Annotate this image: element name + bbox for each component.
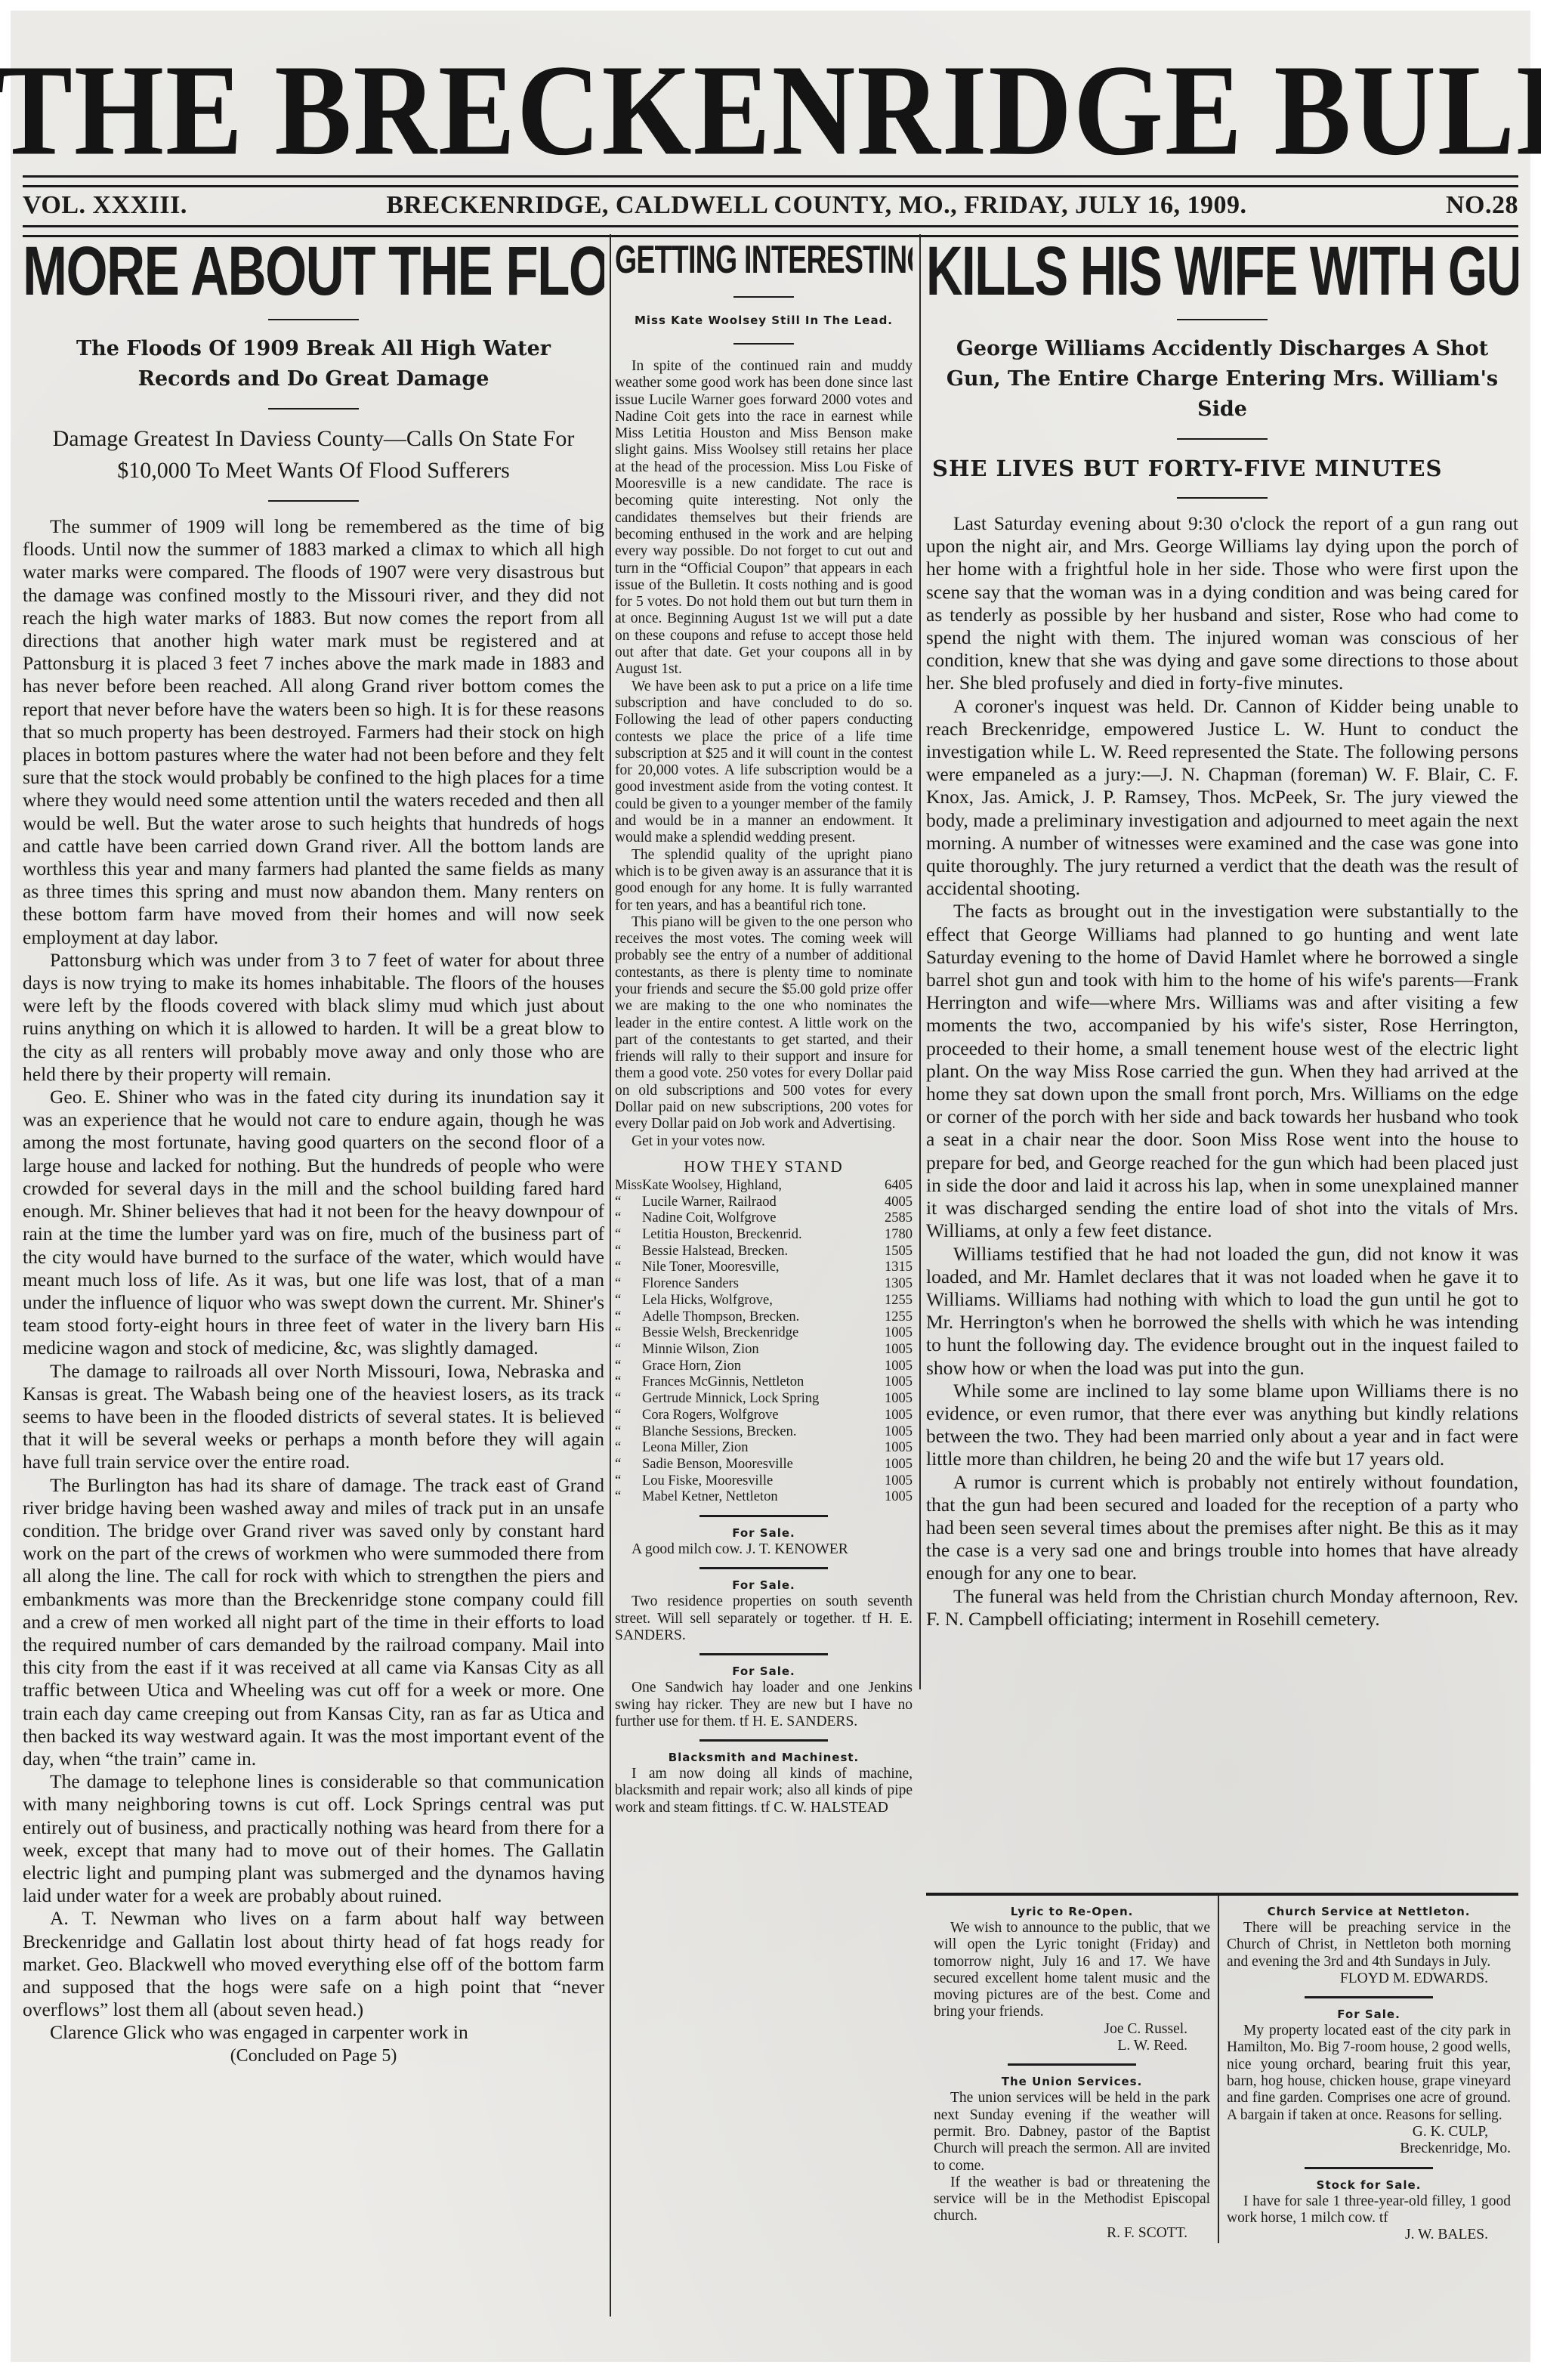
signature: H. E. SANDERS. (615, 1611, 913, 1643)
standings-prefix: Miss (615, 1178, 642, 1195)
divider (268, 319, 359, 320)
paragraph: The Burlington has had its share of dama… (23, 1474, 604, 1771)
deck-floods-primary: The Floods Of 1909 Break All High Water … (29, 334, 598, 394)
paragraph: This piano will be given to the one pers… (615, 914, 913, 1133)
divider (733, 296, 794, 298)
standings-row: “Letitia Houston, Breckenrid.1780 (615, 1227, 913, 1244)
contestant-name: Letitia Houston, Breckenrid. (642, 1227, 875, 1244)
deck-floods-secondary: Damage Greatest In Daviess County—Calls … (29, 423, 598, 487)
standings-prefix: “ (615, 1473, 642, 1490)
headline-contest: GETTING INTERESTING (615, 237, 829, 283)
standings-row: “Florence Sanders1305 (615, 1276, 913, 1293)
contestant-name: Minnie Wilson, Zion (642, 1342, 875, 1358)
issue-number: NO.28 (1446, 191, 1518, 220)
ad-title: For Sale. (615, 1664, 913, 1678)
divider (1305, 2167, 1433, 2169)
standings-prefix: “ (615, 1227, 642, 1244)
signature: G. K. CULP, (1227, 2124, 1511, 2140)
notice-title-property: For Sale. (1227, 2008, 1511, 2021)
standings-row: “Frances McGinnis, Nettleton1005 (615, 1374, 913, 1391)
notice-property-sale: My property located east of the city par… (1227, 2023, 1511, 2157)
vote-count: 1505 (875, 1244, 913, 1260)
standings-row: “Lucile Warner, Railraod4005 (615, 1195, 913, 1211)
classified-ad: For Sale.Two residence properties on sou… (615, 1567, 913, 1644)
dateline: BRECKENRIDGE, CALDWELL COUNTY, MO., FRID… (386, 191, 1246, 220)
standings-row: “Gertrude Minnick, Lock Spring1005 (615, 1391, 913, 1408)
vote-count: 1005 (875, 1440, 913, 1457)
vote-count: 1005 (875, 1489, 913, 1506)
paragraph: The facts as brought out in the investig… (926, 900, 1518, 1242)
contestant-name: Adelle Thompson, Brecken. (642, 1309, 875, 1326)
divider (699, 1653, 828, 1655)
vote-count: 1005 (875, 1408, 913, 1424)
notice-title-church: Church Service at Nettleton. (1227, 1905, 1511, 1918)
contestant-name: Nadine Coit, Wolfgrove (642, 1210, 875, 1227)
notice-body: I have for sale 1 three-year-old filley,… (1227, 2193, 1511, 2227)
notice-body: The union services will be held in the p… (934, 2090, 1210, 2174)
notice-body: My property located east of the city par… (1227, 2023, 1511, 2124)
standings-row: “Bessie Halstead, Brecken.1505 (615, 1244, 913, 1260)
standings-row: “Nile Toner, Mooresville,1315 (615, 1260, 913, 1276)
vote-count: 1005 (875, 1325, 913, 1342)
divider (699, 1515, 828, 1517)
paragraph: Get in your votes now. (615, 1133, 913, 1150)
standings-row: “Cora Rogers, Wolfgrove1005 (615, 1408, 913, 1424)
standings-row: “Grace Horn, Zion1005 (615, 1358, 913, 1375)
standings-row: MissKate Woolsey, Highland,6405 (615, 1178, 913, 1195)
paragraph: Last Saturday evening about 9:30 o'clock… (926, 512, 1518, 695)
standings-title: HOW THEY STAND (615, 1158, 913, 1176)
paragraph: The funeral was held from the Christian … (926, 1585, 1518, 1630)
standings-prefix: “ (615, 1325, 642, 1342)
standings-row: “Sadie Benson, Mooresville1005 (615, 1457, 913, 1473)
ad-body: Two residence properties on south sevent… (615, 1593, 913, 1644)
contestant-name: Grace Horn, Zion (642, 1358, 875, 1375)
signature: Joe C. Russel. (934, 2021, 1210, 2038)
paragraph: While some are inclined to lay some blam… (926, 1380, 1518, 1471)
notice-lyric: We wish to announce to the public, that … (934, 1920, 1210, 2054)
contestant-name: Bessie Welsh, Breckenridge (642, 1325, 875, 1342)
contestant-name: Mabel Ketner, Nettleton (642, 1489, 875, 1506)
notice-title-union: The Union Services. (934, 2075, 1210, 2088)
notice-union: The union services will be held in the p… (934, 2090, 1210, 2242)
contestant-name: Leona Miller, Zion (642, 1440, 875, 1457)
vote-count: 1005 (875, 1391, 913, 1408)
signature: J. W. BALES. (1227, 2227, 1511, 2243)
contestant-name: Lou Fiske, Mooresville (642, 1473, 875, 1490)
divider (1177, 438, 1268, 440)
standings-prefix: “ (615, 1489, 642, 1506)
vote-count: 1005 (875, 1342, 913, 1358)
deck-contest: Miss Kate Woolsey Still In The Lead. (621, 311, 906, 329)
ad-title: Blacksmith and Machinest. (615, 1751, 913, 1764)
divider (1177, 319, 1268, 320)
standings-prefix: “ (615, 1244, 642, 1260)
article-floods: MORE ABOUT THE FLOODS The Floods Of 1909… (23, 234, 604, 2339)
contestant-name: Nile Toner, Mooresville, (642, 1260, 875, 1276)
notice-title-stock: Stock for Sale. (1227, 2178, 1511, 2192)
notice-body: If the weather is bad or threatening the… (934, 2174, 1210, 2225)
article-body: In spite of the continued rain and muddy… (615, 358, 913, 1150)
contestant-name: Frances McGinnis, Nettleton (642, 1374, 875, 1391)
notice-column: Church Service at Nettleton. There will … (1219, 1896, 1518, 2243)
headline-shooting: KILLS HIS WIFE WITH GUN (926, 237, 1358, 305)
paragraph: We have been ask to put a price on a lif… (615, 678, 913, 847)
standings-prefix: “ (615, 1293, 642, 1309)
paragraph: Clarence Glick who was engaged in carpen… (23, 2021, 604, 2044)
standings-prefix: “ (615, 1309, 642, 1326)
bottom-notices: Lyric to Re-Open. We wish to announce to… (926, 1893, 1518, 2243)
volume-number: VOL. XXXIII. (23, 191, 187, 220)
ad-title: For Sale. (615, 1578, 913, 1592)
standings-prefix: “ (615, 1342, 642, 1358)
contestant-name: Lucile Warner, Railraod (642, 1195, 875, 1211)
paragraph: A rumor is current which is probably not… (926, 1471, 1518, 1585)
signature: R. F. SCOTT. (934, 2225, 1210, 2242)
standings-table: MissKate Woolsey, Highland,6405“Lucile W… (615, 1178, 913, 1506)
newspaper-page: THE BRECKENRIDGE BULLETIN. VOL. XXXIII. … (11, 11, 1530, 2362)
contestant-name: Blanche Sessions, Brecken. (642, 1424, 875, 1441)
divider (733, 343, 794, 345)
standings-row: “Leona Miller, Zion1005 (615, 1440, 913, 1457)
signature: H. E. SANDERS. (752, 1714, 857, 1729)
paragraph: A coroner's inquest was held. Dr. Cannon… (926, 695, 1518, 901)
classified-ad: For Sale.One Sandwich hay loader and one… (615, 1653, 913, 1730)
article-body: Last Saturday evening about 9:30 o'clock… (926, 512, 1518, 1630)
standings-prefix: “ (615, 1440, 642, 1457)
masthead-rule-top (23, 175, 1518, 187)
vote-count: 1005 (875, 1358, 913, 1375)
standings-prefix: “ (615, 1210, 642, 1227)
divider (268, 408, 359, 410)
article-shooting: KILLS HIS WIFE WITH GUN George Williams … (926, 234, 1518, 2339)
paragraph: In spite of the continued rain and muddy… (615, 358, 913, 678)
contestant-name: Lela Hicks, Wolfgrove, (642, 1293, 875, 1309)
standings-row: “Nadine Coit, Wolfgrove2585 (615, 1210, 913, 1227)
vote-count: 1255 (875, 1293, 913, 1309)
column-divider (919, 234, 921, 1689)
classified-ad: Blacksmith and Machinest.I am now doing … (615, 1739, 913, 1816)
contestant-name: Kate Woolsey, Highland, (642, 1178, 875, 1195)
contestant-name: Gertrude Minnick, Lock Spring (642, 1391, 875, 1408)
divider (1177, 497, 1268, 499)
deck-shooting-secondary: SHE LIVES BUT FORTY-FIVE MINUTES (932, 453, 1512, 484)
headline-floods: MORE ABOUT THE FLOODS (23, 237, 471, 305)
ad-body: One Sandwich hay loader and one Jenkins … (615, 1680, 913, 1730)
divider (1305, 1996, 1433, 1998)
ad-title: For Sale. (615, 1526, 913, 1540)
vote-count: 1315 (875, 1260, 913, 1276)
article-body: The summer of 1909 will long be remember… (23, 515, 604, 2045)
classified-ads: For Sale.A good milch cow. J. T. KENOWER… (615, 1515, 913, 1816)
newspaper-title: THE BRECKENRIDGE BULLETIN. (0, 41, 1541, 180)
deck-shooting-primary: George Williams Accidently Discharges A … (932, 334, 1512, 425)
classified-ad: For Sale.A good milch cow. J. T. KENOWER (615, 1515, 913, 1558)
standings-row: “Minnie Wilson, Zion1005 (615, 1342, 913, 1358)
standings-prefix: “ (615, 1276, 642, 1293)
vote-count: 1255 (875, 1309, 913, 1326)
standings-row: “Mabel Ketner, Nettleton1005 (615, 1489, 913, 1506)
divider (699, 1567, 828, 1569)
divider (699, 1739, 828, 1742)
signature: L. W. Reed. (934, 2038, 1210, 2054)
continued-link[interactable]: (Concluded on Page 5) (23, 2046, 604, 2066)
masthead: THE BRECKENRIDGE BULLETIN. (11, 41, 1530, 181)
standings-prefix: “ (615, 1195, 642, 1211)
paragraph: Geo. E. Shiner who was in the fated city… (23, 1086, 604, 1359)
vote-count: 1005 (875, 1374, 913, 1391)
notice-body: We wish to announce to the public, that … (934, 1920, 1210, 2021)
signature: C. W. HALSTEAD (774, 1800, 888, 1816)
contestant-name: Sadie Benson, Mooresville (642, 1457, 875, 1473)
column-divider (610, 234, 611, 2317)
standings-prefix: “ (615, 1260, 642, 1276)
standings-row: “Lela Hicks, Wolfgrove,1255 (615, 1293, 913, 1309)
paragraph: The damage to telephone lines is conside… (23, 1770, 604, 1907)
paragraph: Williams testified that he had not loade… (926, 1243, 1518, 1380)
paragraph: A. T. Newman who lives on a farm about h… (23, 1907, 604, 2021)
signature: FLOYD M. EDWARDS. (1227, 1970, 1511, 1987)
vote-count: 6405 (875, 1178, 913, 1195)
signature: Breckenridge, Mo. (1227, 2140, 1511, 2157)
standings-prefix: “ (615, 1358, 642, 1375)
vote-count: 1780 (875, 1227, 913, 1244)
divider (268, 500, 359, 502)
notice-title-lyric: Lyric to Re-Open. (934, 1905, 1210, 1918)
notice-column: Lyric to Re-Open. We wish to announce to… (926, 1896, 1219, 2243)
standings-prefix: “ (615, 1424, 642, 1441)
standings-prefix: “ (615, 1408, 642, 1424)
notice-church: There will be preaching service in the C… (1227, 1920, 1511, 1987)
standings-row: “Blanche Sessions, Brecken.1005 (615, 1424, 913, 1441)
standings-prefix: “ (615, 1374, 642, 1391)
vote-count: 4005 (875, 1195, 913, 1211)
notice-body: There will be preaching service in the C… (1227, 1920, 1511, 1970)
standings-prefix: “ (615, 1391, 642, 1408)
paragraph: Pattonsburg which was under from 3 to 7 … (23, 949, 604, 1086)
contestant-name: Florence Sanders (642, 1276, 875, 1293)
contestant-name: Cora Rogers, Wolfgrove (642, 1408, 875, 1424)
standings-row: “Adelle Thompson, Brecken.1255 (615, 1309, 913, 1326)
standings-prefix: “ (615, 1457, 642, 1473)
ad-body: A good milch cow. J. T. KENOWER (615, 1541, 913, 1558)
signature: J. T. KENOWER (746, 1541, 848, 1557)
vote-count: 1005 (875, 1473, 913, 1490)
contestant-name: Bessie Halstead, Brecken. (642, 1244, 875, 1260)
vote-count: 1005 (875, 1457, 913, 1473)
vote-count: 1305 (875, 1276, 913, 1293)
dateline-bar: VOL. XXXIII. BRECKENRIDGE, CALDWELL COUN… (23, 189, 1518, 222)
paragraph: The summer of 1909 will long be remember… (23, 515, 604, 949)
vote-count: 2585 (875, 1210, 913, 1227)
standings-row: “Lou Fiske, Mooresville1005 (615, 1473, 913, 1490)
ad-body: I am now doing all kinds of machine, bla… (615, 1766, 913, 1816)
vote-count: 1005 (875, 1424, 913, 1441)
paragraph: The splendid quality of the upright pian… (615, 847, 913, 914)
article-contest: GETTING INTERESTING Miss Kate Woolsey St… (615, 234, 913, 2339)
divider (1008, 2063, 1136, 2066)
paragraph: The damage to railroads all over North M… (23, 1360, 604, 1474)
notice-stock-sale: I have for sale 1 three-year-old filley,… (1227, 2193, 1511, 2244)
standings-row: “Bessie Welsh, Breckenridge1005 (615, 1325, 913, 1342)
